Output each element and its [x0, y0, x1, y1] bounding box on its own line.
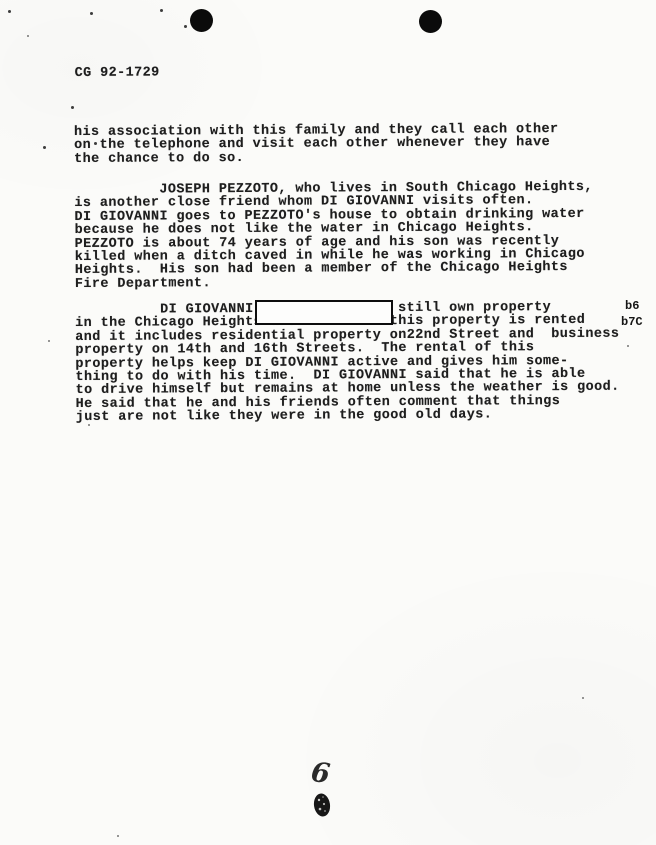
foia-exemption-codes: b6 b7C: [621, 299, 643, 330]
redaction-box: [255, 300, 393, 325]
typed-text-layer: CG 92-1729 his association with this fam…: [0, 0, 656, 845]
ink-stamp-mark: [311, 792, 335, 825]
exemption-code-b7c: b7C: [621, 315, 643, 331]
exemption-code-b6: b6: [621, 299, 643, 315]
paragraph-association: his association with this family and the…: [74, 123, 559, 166]
paragraph-pezzoto: JOSEPH PEZZOTO, who lives in South Chica…: [74, 181, 593, 291]
ink-blob-icon: [311, 792, 335, 820]
handwritten-page-number: 6: [309, 759, 331, 789]
scanned-document-page: CG 92-1729 his association with this fam…: [0, 0, 656, 845]
file-number: CG 92-1729: [75, 66, 160, 80]
